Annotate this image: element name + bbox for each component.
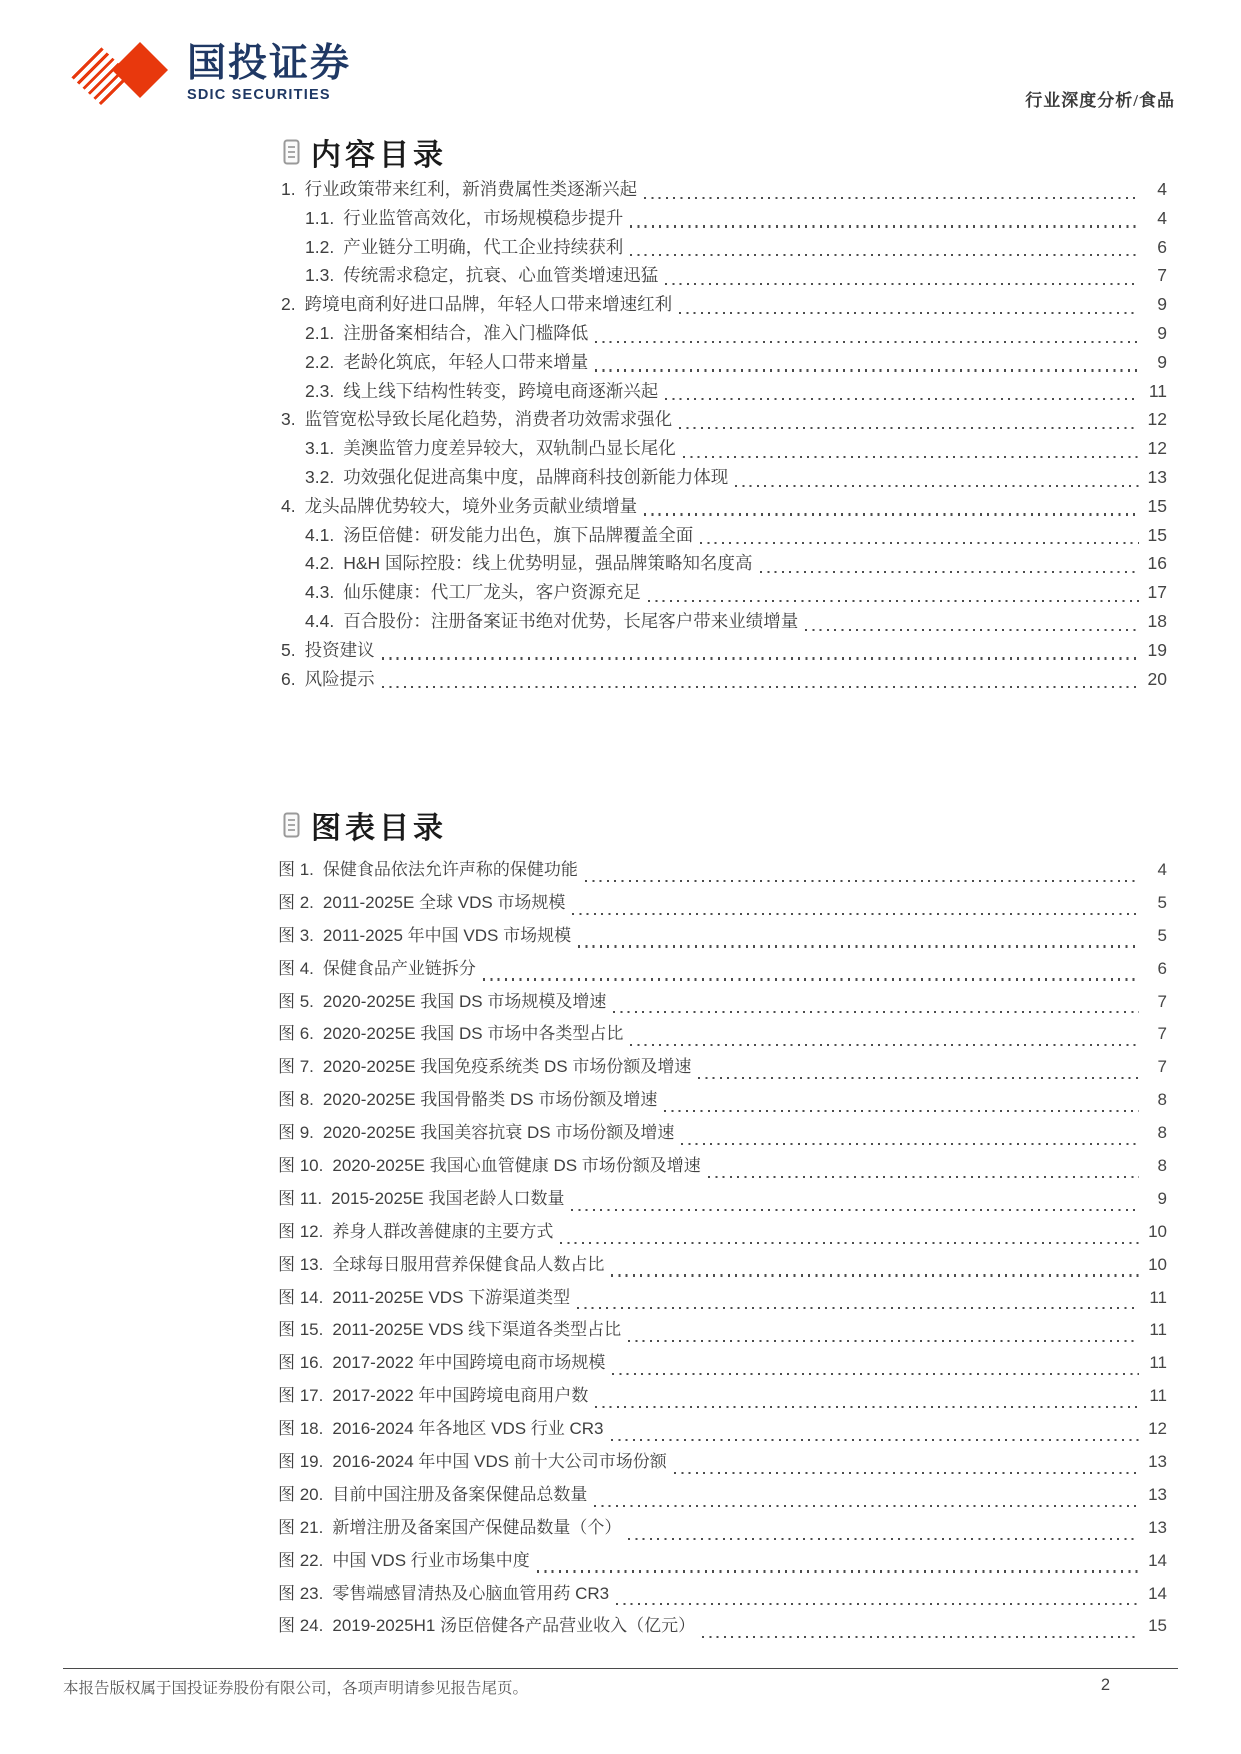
figure-row[interactable]: 图 7.2020-2025E 我国免疫系统类 DS 市场份额及增速7 <box>278 1052 1167 1085</box>
contents-row[interactable]: 1.行业政策带来红利，新消费属性类逐渐兴起4 <box>281 176 1167 205</box>
entry-label: 全球每日服用营养保健食品人数占比 <box>332 1250 604 1275</box>
entry-page-number: 13 <box>1145 1485 1167 1505</box>
figure-row[interactable]: 图 23.零售端感冒清热及心脑血管用药 CR314 <box>278 1579 1167 1612</box>
figure-row[interactable]: 图 22.中国 VDS 行业市场集中度14 <box>278 1546 1167 1579</box>
dot-leader <box>702 1636 1139 1638</box>
contents-row[interactable]: 6.风险提示20 <box>281 666 1167 695</box>
contents-row[interactable]: 3.监管宽松导致长尾化趋势，消费者功效需求强化12 <box>281 406 1167 435</box>
entry-label: 中国 VDS 行业市场集中度 <box>332 1546 529 1571</box>
entry-page-number: 19 <box>1145 640 1167 661</box>
footer-copyright: 本报告版权属于国投证券股份有限公司，各项声明请参见报告尾页。 <box>63 1676 528 1698</box>
entry-label: 保健食品依法允许声称的保健功能 <box>323 855 578 880</box>
figure-row[interactable]: 图 2.2011-2025E 全球 VDS 市场规模5 <box>278 888 1167 921</box>
figure-row[interactable]: 图 20.目前中国注册及备案保健品总数量13 <box>278 1480 1167 1513</box>
entry-label: 养身人群改善健康的主要方式 <box>332 1217 553 1242</box>
entry-number: 1.2. <box>305 237 334 258</box>
entry-number: 图 22. <box>278 1546 323 1571</box>
contents-row[interactable]: 5.投资建议19 <box>281 637 1167 666</box>
figure-row[interactable]: 图 6.2020-2025E 我国 DS 市场中各类型占比7 <box>278 1019 1167 1052</box>
dot-leader <box>483 978 1139 980</box>
entry-page-number: 16 <box>1145 553 1167 574</box>
entry-page-number: 9 <box>1145 323 1167 344</box>
entry-page-number: 8 <box>1145 1090 1167 1110</box>
dot-leader <box>665 283 1139 285</box>
entry-number: 2. <box>281 294 296 315</box>
dot-leader <box>683 456 1139 458</box>
dot-leader <box>537 1570 1139 1572</box>
figure-row[interactable]: 图 12.养身人群改善健康的主要方式10 <box>278 1217 1167 1250</box>
dot-leader <box>595 369 1139 371</box>
entry-page-number: 15 <box>1145 1616 1167 1636</box>
entry-number: 图 13. <box>278 1250 323 1275</box>
figure-row[interactable]: 图 9.2020-2025E 我国美容抗衰 DS 市场份额及增速8 <box>278 1118 1167 1151</box>
dot-leader <box>611 1274 1139 1276</box>
entry-number: 5. <box>281 640 296 661</box>
contents-row[interactable]: 1.1.行业监管高效化，市场规模稳步提升4 <box>281 205 1167 234</box>
entry-label: 2020-2025E 我国 DS 市场规模及增速 <box>323 987 606 1012</box>
logo-diamond-icon <box>112 42 168 98</box>
figure-row[interactable]: 图 1.保健食品依法允许声称的保健功能4 <box>278 855 1167 888</box>
entry-page-number: 13 <box>1145 467 1167 488</box>
entry-page-number: 14 <box>1145 1584 1167 1604</box>
dot-leader <box>735 485 1139 487</box>
dot-leader <box>572 913 1139 915</box>
contents-title: 内容目录 <box>311 130 447 174</box>
entry-page-number: 9 <box>1145 352 1167 373</box>
entry-page-number: 20 <box>1145 669 1167 690</box>
entry-label: 龙头品牌优势较大，境外业务贡献业绩增量 <box>305 493 638 518</box>
entry-label: 零售端感冒清热及心脑血管用药 CR3 <box>332 1579 609 1604</box>
dot-leader <box>382 657 1139 659</box>
entry-page-number: 17 <box>1145 582 1167 603</box>
dot-leader <box>616 1603 1139 1605</box>
entry-page-number: 12 <box>1145 1419 1167 1439</box>
sdic-securities-logo: 国投证券 SDIC SECURITIES <box>70 42 351 106</box>
dot-leader <box>700 542 1139 544</box>
contents-row[interactable]: 1.3.传统需求稳定，抗衰、心血管类增速迅猛7 <box>281 262 1167 291</box>
logo-name-cn: 国投证券 <box>187 42 351 86</box>
entry-label: 2020-2025E 我国 DS 市场中各类型占比 <box>323 1019 623 1044</box>
dot-leader <box>708 1176 1139 1178</box>
entry-label: 新增注册及备案国产保健品数量（个） <box>332 1513 621 1538</box>
entry-label: 2011-2025E VDS 下游渠道类型 <box>332 1283 570 1308</box>
dot-leader <box>679 312 1139 314</box>
dot-leader <box>628 1538 1139 1540</box>
dot-leader <box>595 1406 1139 1408</box>
figure-row[interactable]: 图 8.2020-2025E 我国骨骼类 DS 市场份额及增速8 <box>278 1085 1167 1118</box>
entry-number: 图 10. <box>278 1151 323 1176</box>
contents-row[interactable]: 2.1.注册备案相结合，准入门槛降低9 <box>281 320 1167 349</box>
entry-label: 行业政策带来红利，新消费属性类逐渐兴起 <box>305 176 638 201</box>
contents-row[interactable]: 2.跨境电商利好进口品牌，年轻人口带来增速红利9 <box>281 291 1167 320</box>
dot-leader <box>560 1242 1139 1244</box>
contents-row[interactable]: 3.1.美澳监管力度差异较大，双轨制凸显长尾化12 <box>281 435 1167 464</box>
entry-number: 6. <box>281 669 296 690</box>
contents-row[interactable]: 2.3.线上线下结构性转变，跨境电商逐渐兴起11 <box>281 378 1167 407</box>
entry-label: 2020-2025E 我国心血管健康 DS 市场份额及增速 <box>332 1151 700 1176</box>
figure-row[interactable]: 图 19.2016-2024 年中国 VDS 前十大公司市场份额13 <box>278 1447 1167 1480</box>
contents-row[interactable]: 4.4.百合股份：注册备案证书绝对优势，长尾客户带来业绩增量18 <box>281 608 1167 637</box>
entry-label: 美澳监管力度差异较大，双轨制凸显长尾化 <box>343 435 676 460</box>
figure-row[interactable]: 图 17.2017-2022 年中国跨境电商用户数11 <box>278 1381 1167 1414</box>
contents-row[interactable]: 4.3.仙乐健康：代工厂龙头，客户资源充足17 <box>281 579 1167 608</box>
dot-leader <box>613 1011 1139 1013</box>
entry-page-number: 13 <box>1145 1518 1167 1538</box>
entry-number: 1. <box>281 179 296 200</box>
entry-label: 目前中国注册及备案保健品总数量 <box>332 1480 587 1505</box>
contents-row[interactable]: 2.2.老龄化筑底，年轻人口带来增量9 <box>281 349 1167 378</box>
entry-number: 图 24. <box>278 1611 323 1636</box>
entry-number: 图 6. <box>278 1019 314 1044</box>
entry-label: 传统需求稳定，抗衰、心血管类增速迅猛 <box>343 262 658 287</box>
contents-row[interactable]: 4.2.H&H 国际控股：线上优势明显，强品牌策略知名度高16 <box>281 550 1167 579</box>
entry-label: 2015-2025E 我国老龄人口数量 <box>331 1184 564 1209</box>
dot-leader <box>611 1439 1139 1441</box>
dot-leader <box>594 1505 1139 1507</box>
entry-label: 注册备案相结合，准入门槛降低 <box>343 320 588 345</box>
entry-number: 图 17. <box>278 1381 323 1406</box>
entry-page-number: 15 <box>1145 496 1167 517</box>
figure-row[interactable]: 图 3.2011-2025 年中国 VDS 市场规模5 <box>278 921 1167 954</box>
footer-divider <box>63 1668 1178 1669</box>
entry-number: 4. <box>281 496 296 517</box>
entry-page-number: 6 <box>1145 959 1167 979</box>
figure-row[interactable]: 图 14.2011-2025E VDS 下游渠道类型11 <box>278 1283 1167 1316</box>
entry-number: 图 8. <box>278 1085 314 1110</box>
figure-row[interactable]: 图 13.全球每日服用营养保健食品人数占比10 <box>278 1250 1167 1283</box>
dot-leader <box>665 398 1139 400</box>
entry-label: 百合股份：注册备案证书绝对优势，长尾客户带来业绩增量 <box>343 608 798 633</box>
report-category-label: 行业深度分析/食品 <box>1025 86 1175 111</box>
figures-list: 图 1.保健食品依法允许声称的保健功能4图 2.2011-2025E 全球 VD… <box>278 855 1167 1644</box>
entry-number: 4.3. <box>305 582 334 603</box>
entry-number: 图 15. <box>278 1315 323 1340</box>
figure-row[interactable]: 图 4.保健食品产业链拆分6 <box>278 954 1167 987</box>
contents-heading: 内容目录 <box>283 130 447 174</box>
logo-text: 国投证券 SDIC SECURITIES <box>187 42 351 103</box>
entry-number: 4.4. <box>305 611 334 632</box>
dot-leader <box>612 1373 1139 1375</box>
dot-leader <box>644 513 1139 515</box>
entry-number: 4.1. <box>305 525 334 546</box>
contents-row[interactable]: 3.2.功效强化促进高集中度，品牌商科技创新能力体现13 <box>281 464 1167 493</box>
entry-label: 老龄化筑底，年轻人口带来增量 <box>343 349 588 374</box>
entry-number: 图 12. <box>278 1217 323 1242</box>
entry-label: 2019-2025H1 汤臣倍健各产品营业收入（亿元） <box>332 1611 695 1636</box>
figure-row[interactable]: 图 5.2020-2025E 我国 DS 市场规模及增速7 <box>278 987 1167 1020</box>
dot-leader <box>648 600 1139 602</box>
entry-label: 投资建议 <box>305 637 375 662</box>
entry-number: 图 21. <box>278 1513 323 1538</box>
entry-number: 图 14. <box>278 1283 323 1308</box>
dot-leader <box>674 1472 1139 1474</box>
entry-page-number: 5 <box>1145 893 1167 913</box>
entry-label: 2016-2024 年各地区 VDS 行业 CR3 <box>332 1414 603 1439</box>
entry-number: 图 16. <box>278 1348 323 1373</box>
dot-leader <box>681 1143 1139 1145</box>
entry-label: 汤臣倍健：研发能力出色，旗下品牌覆盖全面 <box>343 522 693 547</box>
figure-row[interactable]: 图 16.2017-2022 年中国跨境电商市场规模11 <box>278 1348 1167 1381</box>
entry-number: 1.3. <box>305 265 334 286</box>
entry-label: 2017-2022 年中国跨境电商市场规模 <box>332 1348 605 1373</box>
document-list-icon <box>283 812 300 838</box>
entry-number: 图 11. <box>278 1184 322 1209</box>
dot-leader <box>630 254 1139 256</box>
dot-leader <box>698 1077 1139 1079</box>
figure-row[interactable]: 图 15.2011-2025E VDS 线下渠道各类型占比11 <box>278 1315 1167 1348</box>
entry-page-number: 11 <box>1145 1353 1167 1373</box>
entry-number: 2.2. <box>305 352 334 373</box>
entry-page-number: 9 <box>1145 1189 1167 1209</box>
entry-label: H&H 国际控股：线上优势明显，强品牌策略知名度高 <box>343 550 752 575</box>
entry-number: 图 23. <box>278 1579 323 1604</box>
logo-name-en: SDIC SECURITIES <box>187 87 351 103</box>
figure-row[interactable]: 图 18.2016-2024 年各地区 VDS 行业 CR312 <box>278 1414 1167 1447</box>
entry-label: 2011-2025E VDS 线下渠道各类型占比 <box>332 1315 621 1340</box>
entry-number: 图 7. <box>278 1052 314 1077</box>
entry-page-number: 13 <box>1145 1452 1167 1472</box>
dot-leader <box>630 1044 1139 1046</box>
entry-page-number: 18 <box>1145 611 1167 632</box>
entry-number: 图 19. <box>278 1447 323 1472</box>
dot-leader <box>760 571 1139 573</box>
entry-number: 图 3. <box>278 921 314 946</box>
entry-number: 图 20. <box>278 1480 323 1505</box>
dot-leader <box>571 1209 1139 1211</box>
entry-page-number: 4 <box>1145 208 1167 229</box>
dot-leader <box>577 1307 1139 1309</box>
figures-heading: 图表目录 <box>283 803 447 847</box>
entry-page-number: 15 <box>1145 525 1167 546</box>
entry-number: 4.2. <box>305 553 334 574</box>
dot-leader <box>805 629 1139 631</box>
entry-number: 图 4. <box>278 954 314 979</box>
entry-page-number: 12 <box>1145 438 1167 459</box>
entry-number: 图 18. <box>278 1414 323 1439</box>
figures-title: 图表目录 <box>311 803 447 847</box>
entry-label: 2011-2025 年中国 VDS 市场规模 <box>323 921 571 946</box>
dot-leader <box>644 197 1139 199</box>
figure-row[interactable]: 图 24.2019-2025H1 汤臣倍健各产品营业收入（亿元）15 <box>278 1611 1167 1644</box>
entry-number: 图 2. <box>278 888 314 913</box>
entry-number: 2.1. <box>305 323 334 344</box>
contents-row[interactable]: 1.2.产业链分工明确，代工企业持续获利6 <box>281 234 1167 263</box>
entry-number: 1.1. <box>305 208 334 229</box>
entry-number: 3.2. <box>305 467 334 488</box>
entry-label: 功效强化促进高集中度，品牌商科技创新能力体现 <box>343 464 728 489</box>
entry-page-number: 10 <box>1145 1222 1167 1242</box>
entry-number: 图 1. <box>278 855 314 880</box>
entry-number: 3.1. <box>305 438 334 459</box>
entry-page-number: 10 <box>1145 1255 1167 1275</box>
entry-page-number: 11 <box>1145 381 1167 402</box>
entry-number: 3. <box>281 409 296 430</box>
entry-page-number: 7 <box>1145 1057 1167 1077</box>
entry-page-number: 7 <box>1145 992 1167 1012</box>
entry-page-number: 8 <box>1145 1156 1167 1176</box>
figure-row[interactable]: 图 21.新增注册及备案国产保健品数量（个）13 <box>278 1513 1167 1546</box>
entry-page-number: 4 <box>1145 860 1167 880</box>
sdic-logo-mark-icon <box>70 42 170 106</box>
document-list-icon <box>283 139 300 165</box>
entry-number: 2.3. <box>305 381 334 402</box>
figure-row[interactable]: 图 11.2015-2025E 我国老龄人口数量9 <box>278 1184 1167 1217</box>
entry-label: 2020-2025E 我国免疫系统类 DS 市场份额及增速 <box>323 1052 691 1077</box>
figure-row[interactable]: 图 10.2020-2025E 我国心血管健康 DS 市场份额及增速8 <box>278 1151 1167 1184</box>
entry-label: 2020-2025E 我国骨骼类 DS 市场份额及增速 <box>323 1085 657 1110</box>
entry-label: 行业监管高效化，市场规模稳步提升 <box>343 205 623 230</box>
entry-page-number: 11 <box>1145 1288 1167 1308</box>
contents-row[interactable]: 4.1.汤臣倍健：研发能力出色，旗下品牌覆盖全面15 <box>281 522 1167 551</box>
dot-leader <box>585 880 1139 882</box>
entry-label: 跨境电商利好进口品牌，年轻人口带来增速红利 <box>305 291 673 316</box>
entry-page-number: 4 <box>1145 179 1167 200</box>
page-number: 2 <box>1101 1676 1110 1695</box>
entry-page-number: 11 <box>1145 1320 1167 1340</box>
entry-label: 2016-2024 年中国 VDS 前十大公司市场份额 <box>332 1447 666 1472</box>
entry-label: 线上线下结构性转变，跨境电商逐渐兴起 <box>343 378 658 403</box>
entry-label: 保健食品产业链拆分 <box>323 954 476 979</box>
entry-page-number: 7 <box>1145 265 1167 286</box>
dot-leader <box>628 1340 1139 1342</box>
entry-label: 风险提示 <box>305 666 375 691</box>
contents-list: 1.行业政策带来红利，新消费属性类逐渐兴起41.1.行业监管高效化，市场规模稳步… <box>281 176 1167 694</box>
entry-page-number: 9 <box>1145 294 1167 315</box>
entry-page-number: 14 <box>1145 1551 1167 1571</box>
entry-page-number: 8 <box>1145 1123 1167 1143</box>
entry-label: 仙乐健康：代工厂龙头，客户资源充足 <box>343 579 641 604</box>
dot-leader <box>679 427 1139 429</box>
entry-number: 图 5. <box>278 987 314 1012</box>
entry-label: 2017-2022 年中国跨境电商用户数 <box>332 1381 588 1406</box>
entry-page-number: 12 <box>1145 409 1167 430</box>
entry-number: 图 9. <box>278 1118 314 1143</box>
report-toc-page: 国投证券 SDIC SECURITIES 行业深度分析/食品 内容目录 1.行业… <box>0 0 1241 1754</box>
entry-page-number: 11 <box>1145 1386 1167 1406</box>
contents-row[interactable]: 4.龙头品牌优势较大，境外业务贡献业绩增量15 <box>281 493 1167 522</box>
entry-label: 监管宽松导致长尾化趋势，消费者功效需求强化 <box>305 406 673 431</box>
entry-page-number: 6 <box>1145 237 1167 258</box>
entry-label: 2020-2025E 我国美容抗衰 DS 市场份额及增速 <box>323 1118 674 1143</box>
dot-leader <box>382 686 1139 688</box>
dot-leader <box>664 1110 1139 1112</box>
dot-leader <box>578 945 1139 947</box>
entry-page-number: 5 <box>1145 926 1167 946</box>
entry-label: 2011-2025E 全球 VDS 市场规模 <box>323 888 566 913</box>
dot-leader <box>595 341 1139 343</box>
dot-leader <box>630 225 1139 227</box>
entry-page-number: 7 <box>1145 1024 1167 1044</box>
entry-label: 产业链分工明确，代工企业持续获利 <box>343 234 623 259</box>
